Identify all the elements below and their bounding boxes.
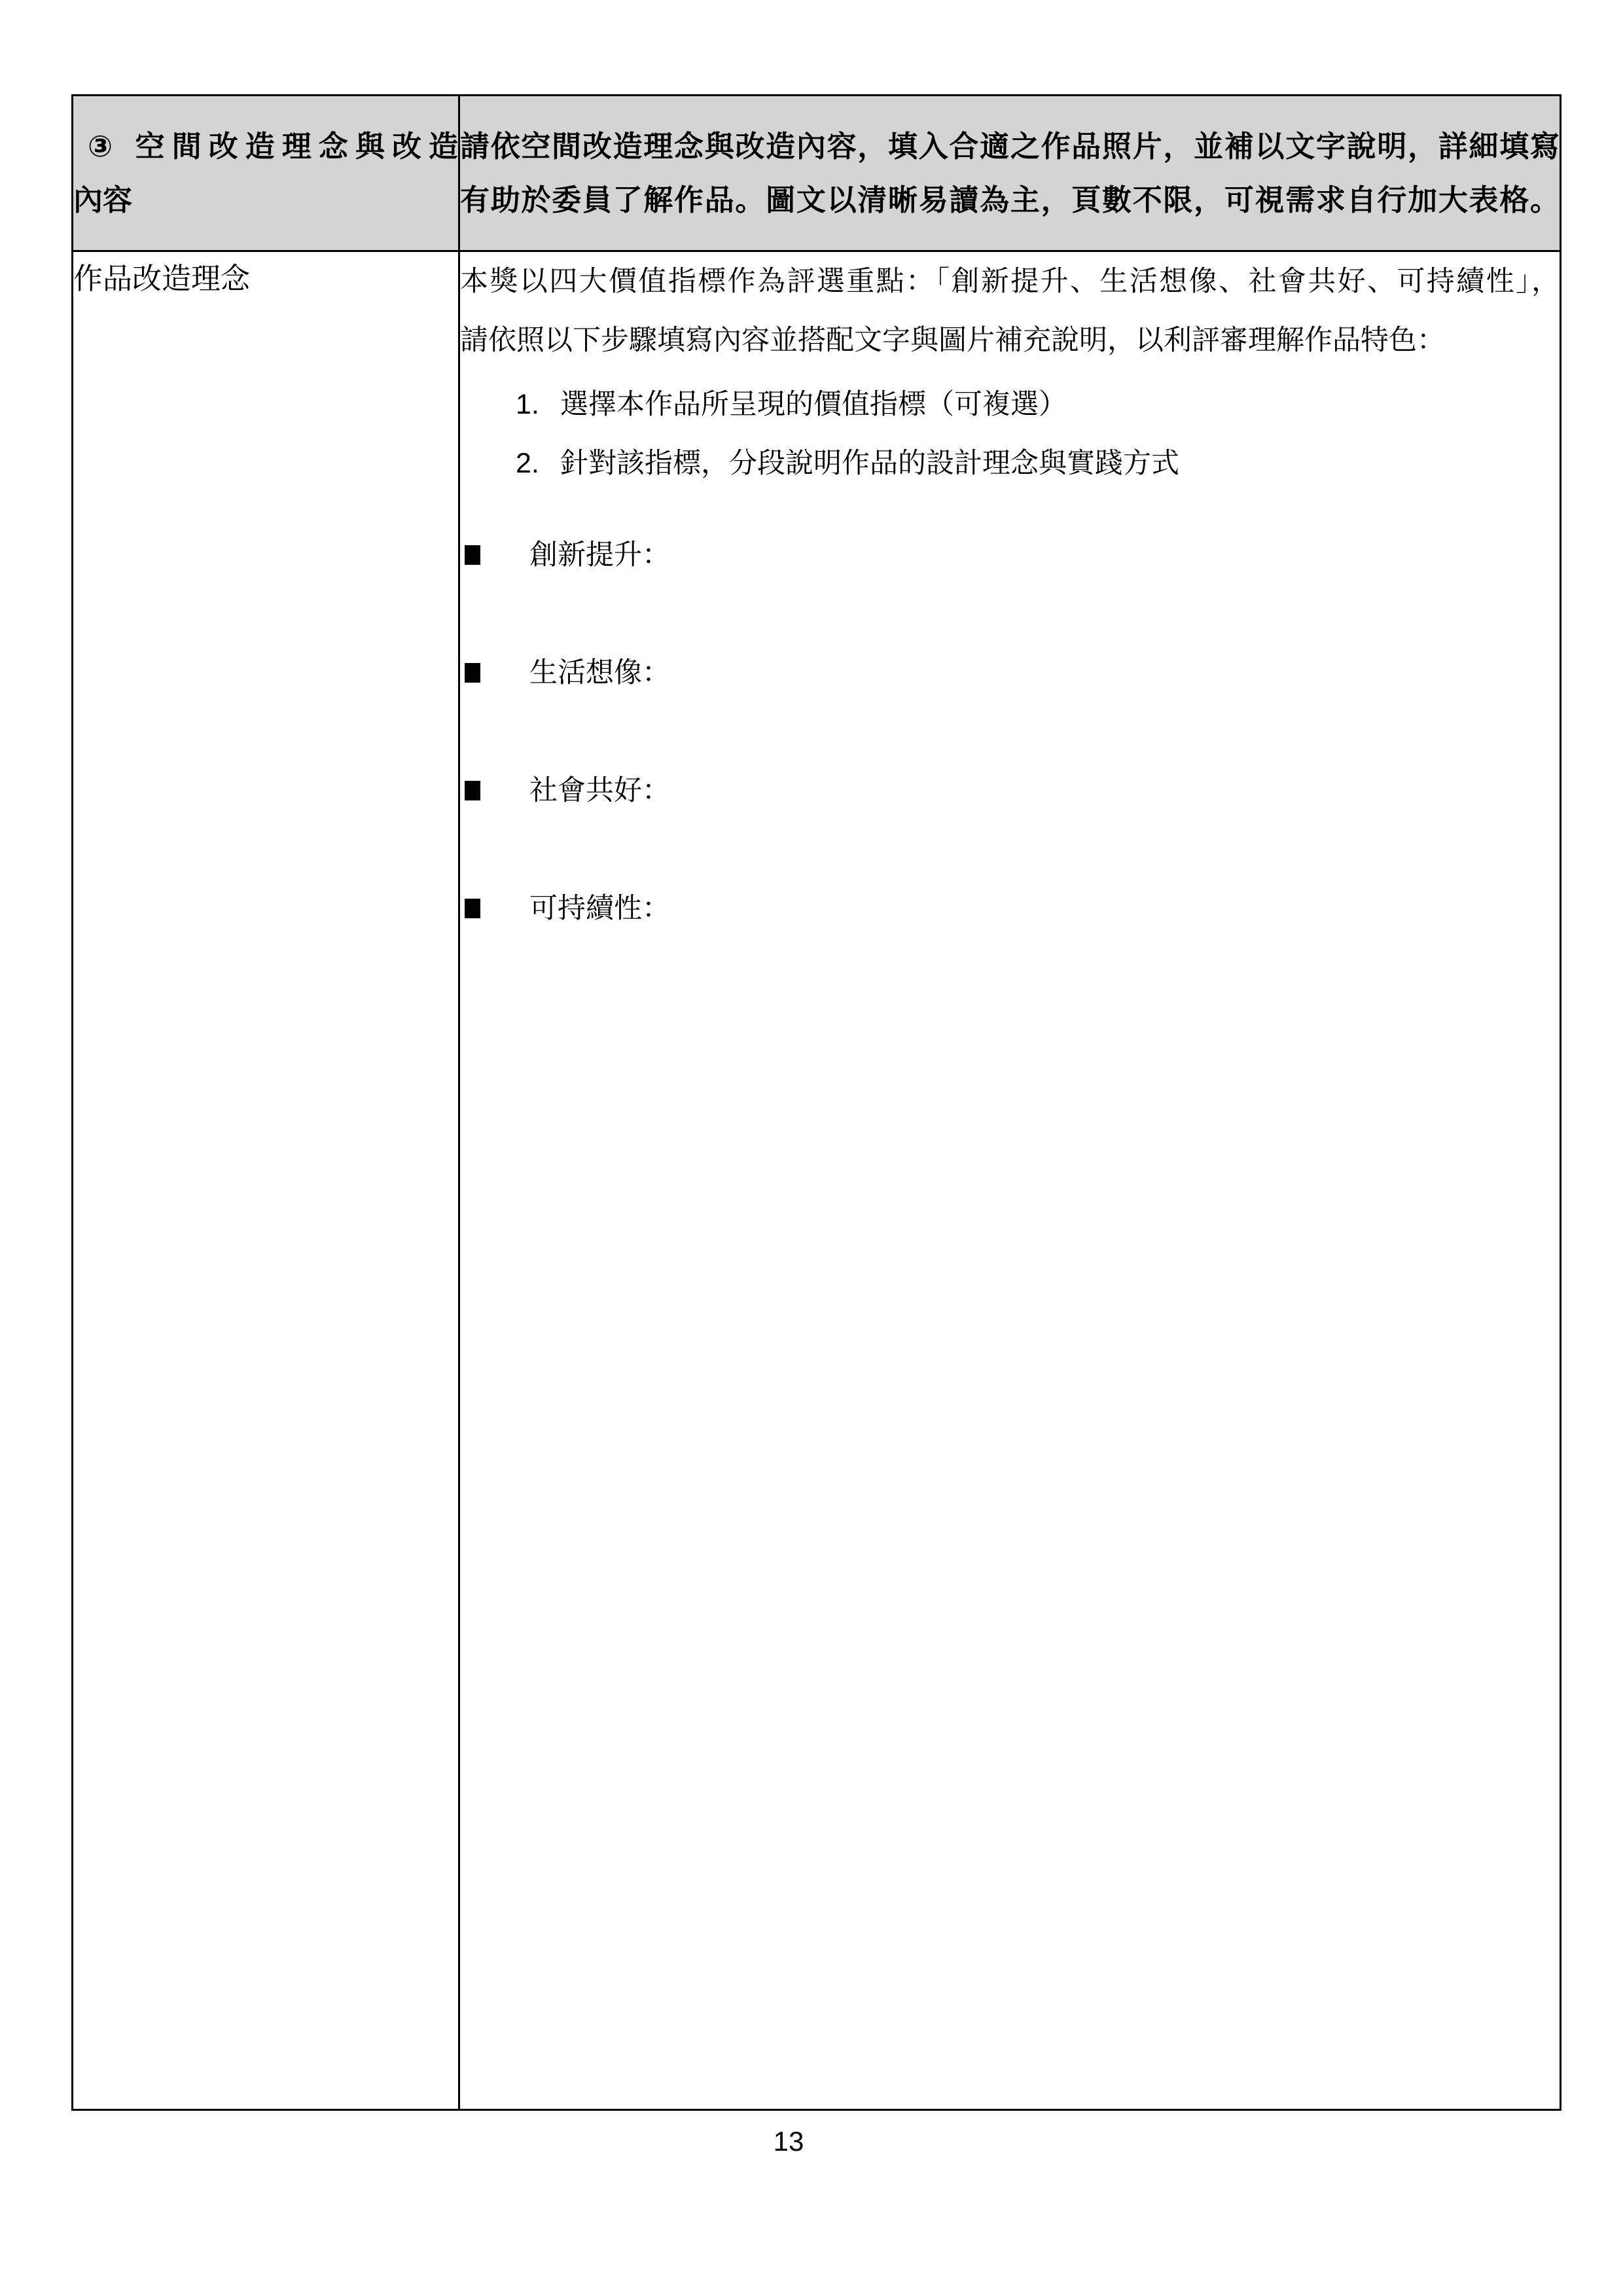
indicators-list: 創新提升： 生活想像： 社會共好： 可持續性： [460,526,1560,938]
step-text: 針對該指標，分段說明作品的設計理念與實踐方式 [560,434,1179,493]
header-cell-section-title: ③ 空間改造理念與改造 內容 [73,96,459,251]
content-table: ③ 空間改造理念與改造 內容 請依空間改造理念與改造內容，填入合適之作品照片，並… [71,94,1561,2111]
document-page: ③ 空間改造理念與改造 內容 請依空間改造理念與改造內容，填入合適之作品照片，並… [0,0,1623,2296]
step-text: 選擇本作品所呈現的價值指標（可複選） [560,375,1067,434]
indicator-item: 社會共好： [460,761,1560,820]
indicator-label: 社會共好： [529,761,670,820]
row-label: 作品改造理念 [73,252,458,306]
cell-row-label: 作品改造理念 [73,251,459,2110]
indicator-label: 生活想像： [529,643,670,702]
square-bullet-icon [465,781,480,800]
indicator-item: 可持續性： [460,879,1560,938]
square-bullet-icon [465,899,480,918]
cell-content: 本獎以四大價值指標作為評選重點：「創新提升、生活想像、社會共好、可持續性」， 請… [459,251,1561,2110]
square-bullet-icon [465,545,480,565]
indicator-item: 生活想像： [460,643,1560,702]
steps-list: 1. 選擇本作品所呈現的價值指標（可複選） 2. 針對該指標，分段說明作品的設計… [460,375,1560,493]
header-cell-instructions: 請依空間改造理念與改造內容，填入合適之作品照片，並補以文字說明，詳細填寫 有助於… [459,96,1561,251]
intro-line-1: 本獎以四大價值指標作為評選重點：「創新提升、生活想像、社會共好、可持續性」， [460,252,1560,311]
table-body-row: 作品改造理念 本獎以四大價值指標作為評選重點：「創新提升、生活想像、社會共好、可… [73,251,1561,2110]
table-header-row: ③ 空間改造理念與改造 內容 請依空間改造理念與改造內容，填入合適之作品照片，並… [73,96,1561,251]
instructions-line-1: 請依空間改造理念與改造內容，填入合適之作品照片，並補以文字說明，詳細填寫 [460,120,1560,173]
intro-line-2: 請依照以下步驟填寫內容並搭配文字與圖片補充說明，以利評審理解作品特色： [460,311,1560,370]
step-number: 2. [516,434,560,493]
square-bullet-icon [465,663,480,683]
step-item: 2. 針對該指標，分段說明作品的設計理念與實踐方式 [460,434,1560,493]
instructions-line-2: 有助於委員了解作品。圖文以清晰易讀為主，頁數不限，可視需求自行加大表格。 [460,173,1560,227]
indicator-item: 創新提升： [460,526,1560,584]
step-item: 1. 選擇本作品所呈現的價值指標（可複選） [460,375,1560,434]
step-number: 1. [516,375,560,434]
indicator-label: 創新提升： [529,526,670,584]
section-title-line-2: 內容 [73,173,458,227]
section-title-line-1: ③ 空間改造理念與改造 [73,120,458,173]
page-number: 13 [0,2126,1577,2157]
indicator-label: 可持續性： [529,879,670,938]
